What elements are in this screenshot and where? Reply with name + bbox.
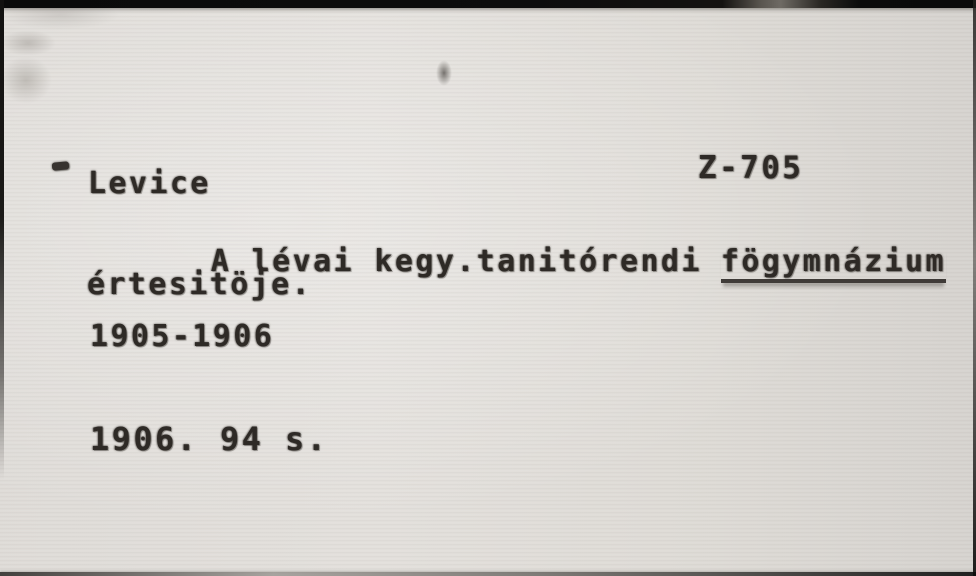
card-heading-place-name: Levice [88,168,211,200]
typewritten-text-layer: Levice Z-705 A lévai kegy.tanitórendifög… [0,0,976,576]
handwritten-dash-mark [52,161,70,170]
call-number: Z-705 [698,152,803,185]
coverage-years: 1905-1906 [90,321,274,353]
title-subtitle: értesitöje. [87,269,312,301]
title-underlined-word: fögymnázium [721,246,946,284]
imprint-line: 1906. 94 s. [90,423,328,457]
catalog-card-scan: Levice Z-705 A lévai kegy.tanitórendifög… [0,0,976,576]
